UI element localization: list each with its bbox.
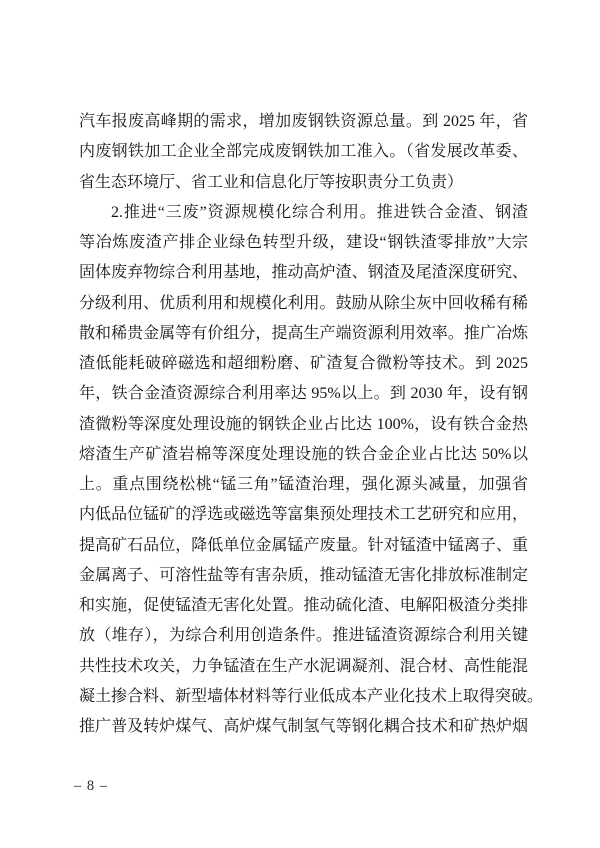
text-line: 推广普及转炉煤气、高炉煤气制氢气等钢化耦合技术和矿热炉烟 xyxy=(79,712,528,742)
text-line: 熔渣生产矿渣岩棉等深度处理设施的铁合金企业占比达 50%以 xyxy=(79,440,528,470)
text-line: 散和稀贵金属等有价组分，提高生产端资源利用效率。推广冶炼 xyxy=(79,319,528,349)
text-line-paragraph-start: 2.推进“三废”资源规模化综合利用。推进铁合金渣、钢渣 xyxy=(79,198,528,228)
text-line: 金属离子、可溶性盐等有害杂质，推动锰渣无害化排放标准制定 xyxy=(79,561,528,591)
text-line: 共性技术攻关，力争锰渣在生产水泥调凝剂、混合材、高性能混 xyxy=(79,652,528,682)
text-line: 渣微粉等深度处理设施的钢铁企业占比达 100%，设有铁合金热 xyxy=(79,410,528,440)
text-line: 年，铁合金渣资源综合利用率达 95%以上。到 2030 年，设有钢 xyxy=(79,379,528,409)
text-line: 汽车报废高峰期的需求，增加废钢铁资源总量。到 2025 年，省 xyxy=(79,107,528,137)
text-line: 凝土掺合料、新型墙体材料等行业低成本产业化技术上取得突破。 xyxy=(79,682,528,712)
text-line: 放（堆存），为综合利用创造条件。推进锰渣资源综合利用关键 xyxy=(79,621,528,651)
text-line: 省生态环境厅、省工业和信息化厅等按职责分工负责） xyxy=(79,168,528,198)
document-page: 汽车报废高峰期的需求，增加废钢铁资源总量。到 2025 年，省 内废钢铁加工企业… xyxy=(0,0,600,848)
body-text: 汽车报废高峰期的需求，增加废钢铁资源总量。到 2025 年，省 内废钢铁加工企业… xyxy=(79,107,528,742)
text-line: 提高矿石品位，降低单位金属锰产废量。针对锰渣中锰离子、重 xyxy=(79,531,528,561)
text-line: 内低品位锰矿的浮选或磁选等富集预处理技术工艺研究和应用， xyxy=(79,500,528,530)
text-line: 等冶炼废渣产排企业绿色转型升级，建设“钢铁渣零排放”大宗 xyxy=(79,228,528,258)
text-line: 上。重点围绕松桃“锰三角”锰渣治理，强化源头减量，加强省 xyxy=(79,470,528,500)
text-line: 内废钢铁加工企业全部完成废钢铁加工准入。（省发展改革委、 xyxy=(79,137,528,167)
text-line: 和实施，促使锰渣无害化处置。推动硫化渣、电解阳极渣分类排 xyxy=(79,591,528,621)
text-line: 渣低能耗破碎磁选和超细粉磨、矿渣复合微粉等技术。到 2025 xyxy=(79,349,528,379)
text-line: 固体废弃物综合利用基地，推动高炉渣、钢渣及尾渣深度研究、 xyxy=(79,258,528,288)
text-line: 分级利用、优质利用和规模化利用。鼓励从除尘灰中回收稀有稀 xyxy=(79,289,528,319)
page-number: – 8 – xyxy=(74,777,108,795)
